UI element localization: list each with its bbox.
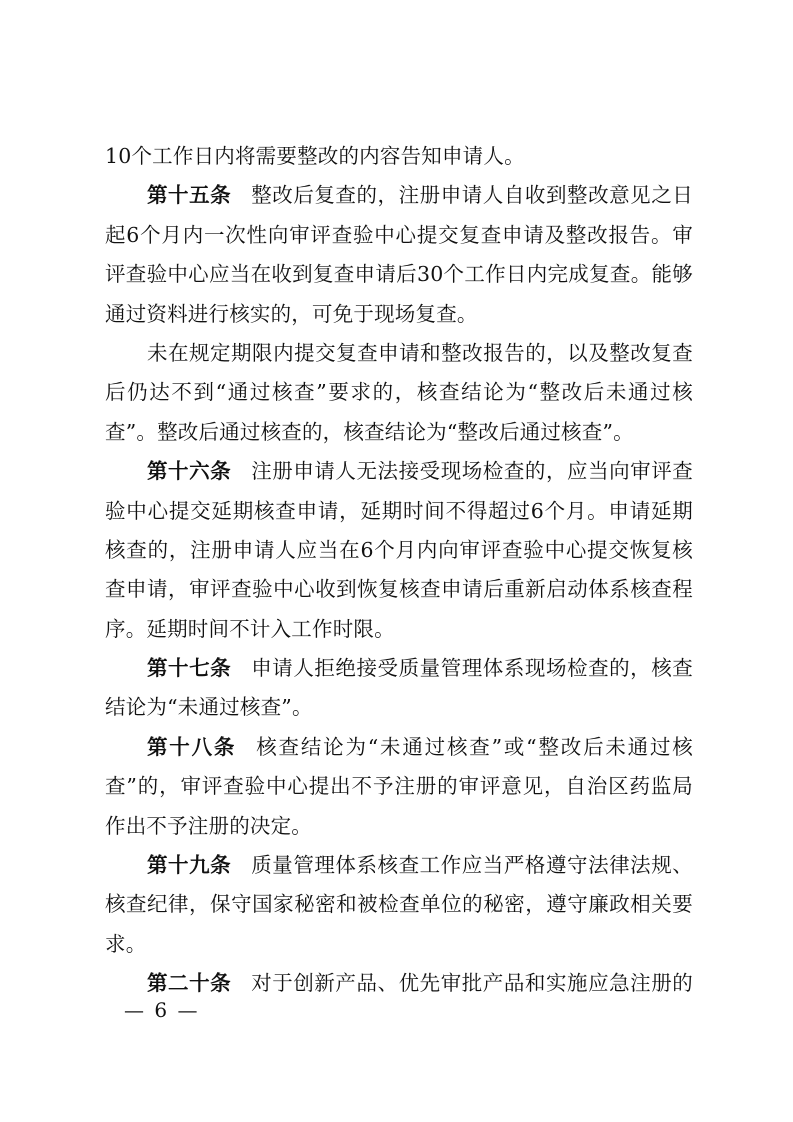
article-number: 第十九条: [147, 853, 231, 877]
article-18-line-1: 第十八条核查结论为“未通过核查”或“整改后未通过核: [105, 728, 693, 767]
article-18-line-3: 作出不予注册的决定。: [105, 807, 693, 846]
article-number: 第十七条: [147, 656, 231, 680]
article-17-line-1: 第十七条申请人拒绝接受质量管理体系现场检查的，核查: [105, 649, 693, 688]
document-body: 10个工作日内将需要整改的内容告知申请人。 第十五条整改后复查的，注册申请人自收…: [105, 137, 693, 1004]
article-15-line-3: 评查验中心应当在收到复查申请后30个工作日内完成复查。能够: [105, 255, 693, 294]
article-number: 第二十条: [147, 971, 231, 995]
paragraph-line: 后仍达不到“通过核查”要求的，核查结论为“整改后未通过核: [105, 373, 693, 412]
article-18-line-2: 查”的，审评查验中心提出不予注册的审评意见，自治区药监局: [105, 767, 693, 806]
article-text: 对于创新产品、优先审批产品和实施应急注册的: [251, 971, 693, 995]
article-number: 第十八条: [147, 735, 236, 759]
article-text: 注册申请人无法接受现场检查的，应当向审评查: [251, 459, 693, 483]
article-16-line-4: 查申请，审评查验中心收到恢复核查申请后重新启动体系核查程: [105, 570, 693, 609]
page-number: — 6 —: [124, 996, 199, 1024]
article-15-line-2: 起6个月内一次性向审评查验中心提交复查申请及整改报告。审: [105, 216, 693, 255]
article-number: 第十五条: [147, 183, 231, 207]
article-text: 质量管理体系核查工作应当严格遵守法律法规、: [251, 853, 693, 877]
article-number: 第十六条: [147, 459, 231, 483]
article-19-line-2: 核查纪律，保守国家秘密和被检查单位的秘密，遵守廉政相关要: [105, 885, 693, 924]
article-17-line-2: 结论为“未通过核查”。: [105, 688, 693, 727]
paragraph-line: 查”。整改后通过核查的，核查结论为“整改后通过核查”。: [105, 413, 693, 452]
paragraph-line: 未在规定期限内提交复查申请和整改报告的，以及整改复查: [105, 334, 693, 373]
article-19-line-3: 求。: [105, 925, 693, 964]
article-text: 核查结论为“未通过核查”或“整改后未通过核: [256, 735, 693, 759]
article-19-line-1: 第十九条质量管理体系核查工作应当严格遵守法律法规、: [105, 846, 693, 885]
article-text: 申请人拒绝接受质量管理体系现场检查的，核查: [251, 656, 693, 680]
document-page: 10个工作日内将需要整改的内容告知申请人。 第十五条整改后复查的，注册申请人自收…: [0, 0, 793, 1122]
article-16-line-1: 第十六条注册申请人无法接受现场检查的，应当向审评查: [105, 452, 693, 491]
article-15-line-4: 通过资料进行核实的，可免于现场复查。: [105, 295, 693, 334]
article-16-line-5: 序。延期时间不计入工作时限。: [105, 610, 693, 649]
article-text: 整改后复查的，注册申请人自收到整改意见之日: [251, 183, 693, 207]
article-15-line-1: 第十五条整改后复查的，注册申请人自收到整改意见之日: [105, 176, 693, 215]
paragraph-continuation-line: 10个工作日内将需要整改的内容告知申请人。: [105, 137, 693, 176]
article-16-line-3: 核查的，注册申请人应当在6个月内向审评查验中心提交恢复核: [105, 531, 693, 570]
article-16-line-2: 验中心提交延期核查申请，延期时间不得超过6个月。申请延期: [105, 492, 693, 531]
